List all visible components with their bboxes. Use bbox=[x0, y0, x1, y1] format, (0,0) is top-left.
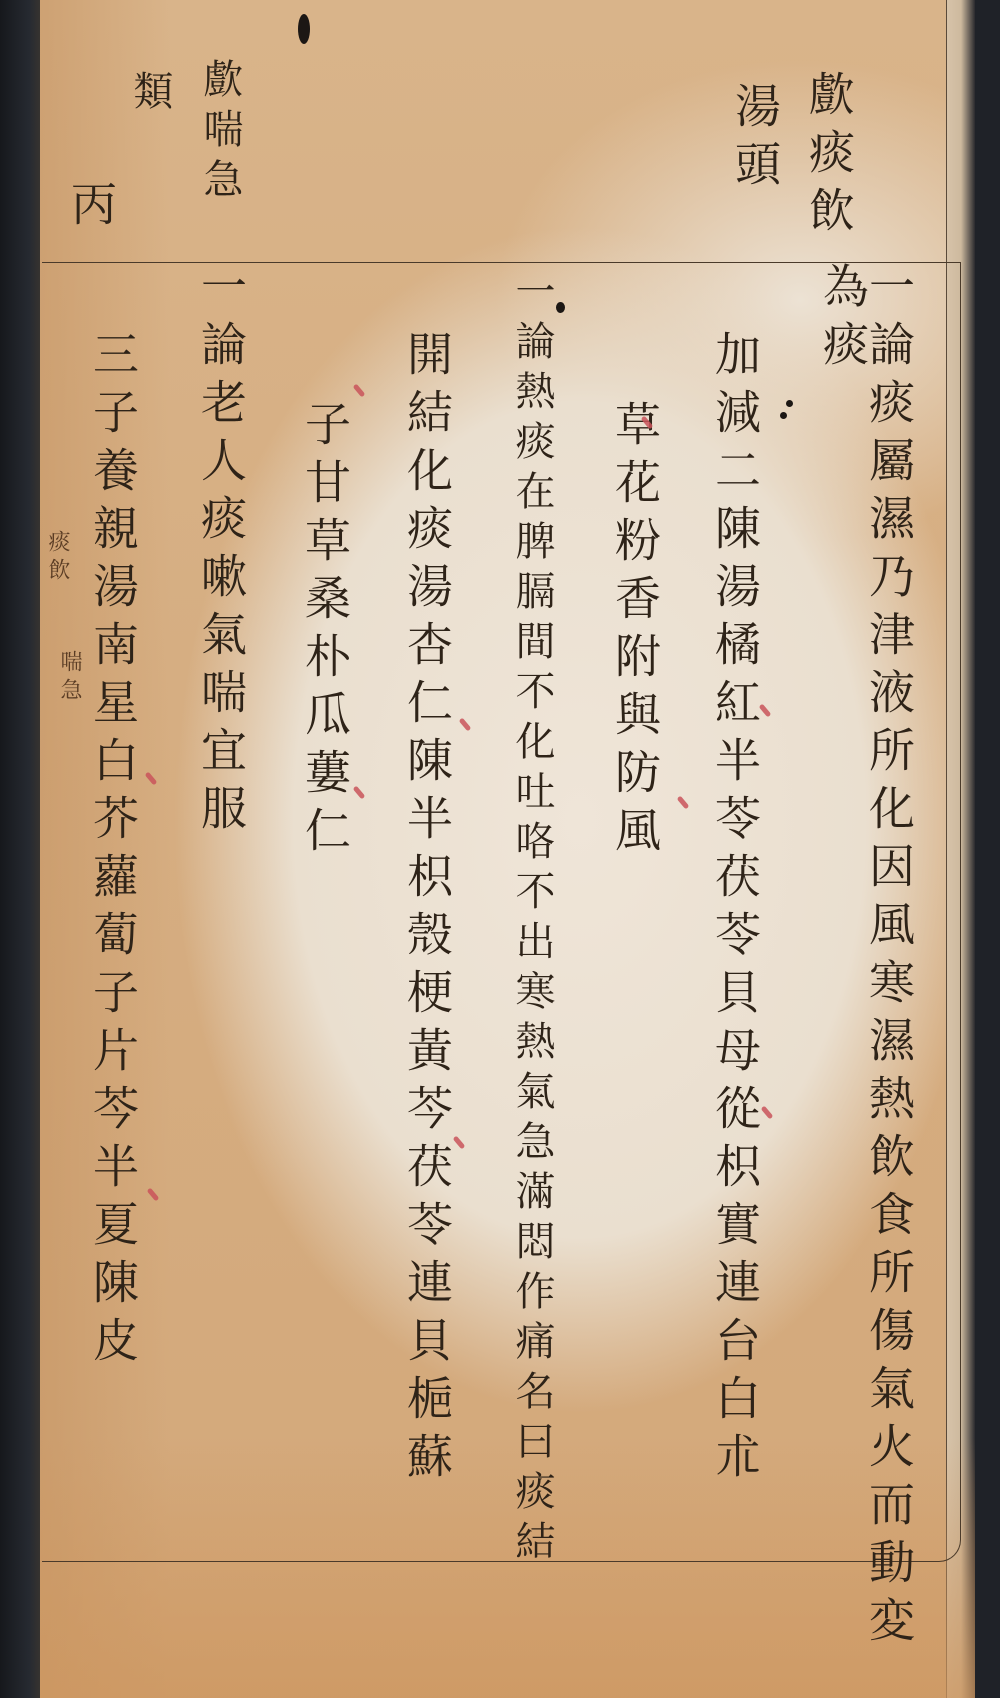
volume-mark: 丙 bbox=[68, 180, 114, 238]
ink-dot-mark bbox=[780, 412, 787, 419]
margin-note-asthma: 喘急 bbox=[58, 650, 80, 706]
text-column-2: 加減二陳湯橘紅半苓茯苓貝母從枳實連台白朮 bbox=[712, 330, 758, 1490]
book-binding-left bbox=[0, 0, 42, 1698]
ink-dot-mark bbox=[556, 302, 565, 313]
text-column-3: 草花粉香附與防風 bbox=[612, 400, 658, 864]
ink-blot bbox=[298, 14, 310, 44]
header-subtitle-decoctions: 湯頭 bbox=[732, 82, 778, 198]
margin-note-phlegm: 痰飲 bbox=[46, 530, 68, 586]
header-category: 類 bbox=[130, 70, 170, 120]
header-title-phlegm: 㱆痰飲 bbox=[806, 70, 852, 244]
text-column-8: 三子養親湯南星白芥蘿蔔子片芩半夏陳皮 bbox=[90, 330, 136, 1374]
text-column-5: 開結化痰湯杏仁陳半枳殼梗黃芩茯苓連貝梔蘇 bbox=[404, 330, 450, 1490]
text-column-6: 子甘草桑朴瓜蔞仁 bbox=[302, 400, 348, 864]
ink-dot-mark bbox=[786, 400, 793, 407]
text-column-1: 一論痰屬濕乃津液所化因風寒濕熱飲食所傷氣火而動変為痰 bbox=[820, 262, 912, 1698]
text-column-4: 一論熱痰在脾膈間不化吐咯不出寒熱氣急滿悶作痛名曰痰結 bbox=[512, 270, 552, 1570]
text-column-7: 一論老人痰嗽氣喘宜服 bbox=[198, 262, 244, 842]
header-title-asthma: 㱆喘急 bbox=[200, 58, 240, 208]
